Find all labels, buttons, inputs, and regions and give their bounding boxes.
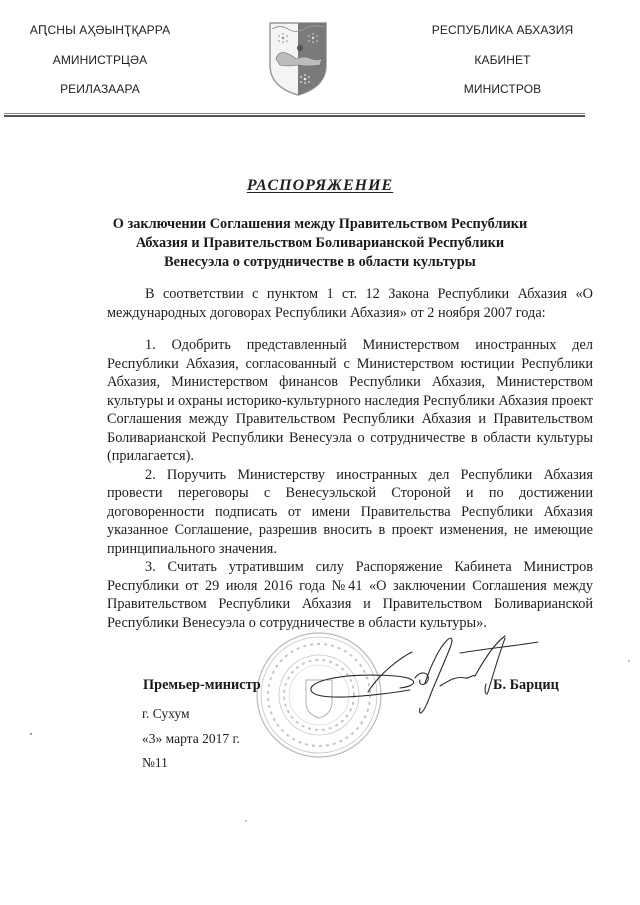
document-number: №11 [142, 755, 168, 771]
document-page: АԤСНЫ АҲӘЫНҬҚАРРА АМИНИСТРЦӘА РЕИЛАЗААРА… [0, 0, 640, 905]
item-3: 3. Считать утратившим силу Распоряжение … [107, 558, 593, 632]
handwritten-signature-icon [300, 628, 540, 723]
preamble-text: В соответствии с пунктом 1 ст. 12 Закона… [107, 285, 593, 322]
signatory-title: Премьер-министр [143, 677, 261, 694]
issue-city: г. Сухум [142, 706, 190, 722]
header-right-line-2: КАБИНЕТ [420, 53, 585, 67]
header-left-line-1: АԤСНЫ АҲӘЫНҬҚАРРА [0, 23, 200, 37]
header-right-line-3: МИНИСТРОВ [420, 82, 585, 96]
document-type-title: РАСПОРЯЖЕНИЕ [0, 177, 640, 195]
item-2: 2. Поручить Министерству иностранных дел… [107, 466, 593, 559]
header-right-line-1: РЕСПУБЛИКА АБХАЗИЯ [420, 23, 585, 37]
subject-line-1: О заключении Соглашения между Правительс… [100, 215, 540, 234]
subject-line-2: Абхазия и Правительством Боливарианской … [100, 234, 540, 253]
subject-line-3: Венесуэла о сотрудничестве в области кул… [100, 253, 540, 272]
ordered-items: 1. Одобрить представленный Министерством… [107, 336, 593, 632]
scan-speck [628, 660, 630, 662]
signatory-name: Б. Барциц [493, 677, 559, 694]
scan-speck [245, 820, 247, 822]
document-subject: О заключении Соглашения между Правительс… [100, 215, 540, 272]
coat-of-arms-icon [268, 21, 328, 97]
preamble: В соответствии с пунктом 1 ст. 12 Закона… [107, 285, 593, 322]
header-left-line-2: АМИНИСТРЦӘА [0, 53, 200, 67]
issue-date: «3» марта 2017 г. [142, 731, 240, 747]
header-left-line-3: РЕИЛАЗААРА [0, 82, 200, 96]
header-divider-thin [4, 113, 585, 114]
item-1: 1. Одобрить представленный Министерством… [107, 336, 593, 466]
scan-speck [30, 733, 32, 735]
header-divider-thick [4, 115, 585, 117]
